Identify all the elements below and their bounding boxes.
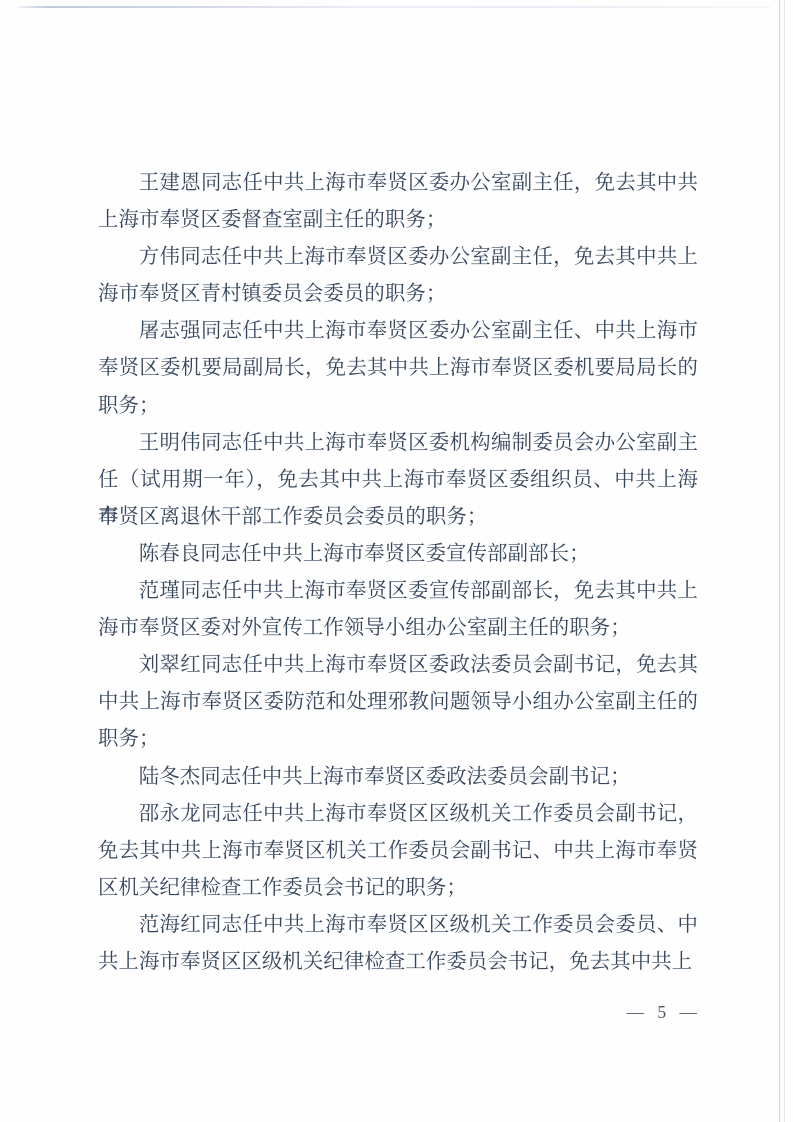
- paragraph: 屠志强同志任中共上海市奉贤区委办公室副主任、中共上海市奉贤区委机要局副局长，免去…: [98, 313, 698, 424]
- text-line: 任（试用期一年），免去其中共上海市奉贤区委组织员、中共上海市: [98, 462, 698, 499]
- text-line: 奉贤区委机要局副局长，免去其中共上海市奉贤区委机要局局长的: [98, 350, 698, 387]
- paragraph: 陈春良同志任中共上海市奉贤区委宣传部副部长；: [98, 536, 698, 573]
- text-line: 刘翠红同志任中共上海市奉贤区委政法委员会副书记，免去其: [98, 647, 698, 684]
- text-line: 邵永龙同志任中共上海市奉贤区区级机关工作委员会副书记，: [98, 796, 698, 833]
- text-line: 海市奉贤区委对外宣传工作领导小组办公室副主任的职务；: [98, 610, 698, 647]
- paragraph: 王建恩同志任中共上海市奉贤区委办公室副主任，免去其中共上海市奉贤区委督查室副主任…: [98, 165, 698, 239]
- document-body: 王建恩同志任中共上海市奉贤区委办公室副主任，免去其中共上海市奉贤区委督查室副主任…: [98, 165, 698, 981]
- scan-artifact-right-edge-line-2: [784, 0, 785, 1122]
- document-page: 王建恩同志任中共上海市奉贤区委办公室副主任，免去其中共上海市奉贤区委督查室副主任…: [0, 0, 793, 1122]
- scan-artifact-top-edge: [18, 6, 770, 8]
- paragraph: 范瑾同志任中共上海市奉贤区委宣传部副部长，免去其中共上海市奉贤区委对外宣传工作领…: [98, 573, 698, 647]
- text-line: 中共上海市奉贤区委防范和处理邪教问题领导小组办公室副主任的: [98, 684, 698, 721]
- text-line: 方伟同志任中共上海市奉贤区委办公室副主任，免去其中共上: [98, 239, 698, 276]
- paragraph: 刘翠红同志任中共上海市奉贤区委政法委员会副书记，免去其中共上海市奉贤区委防范和处…: [98, 647, 698, 758]
- text-line: 范海红同志任中共上海市奉贤区区级机关工作委员会委员、中: [98, 907, 698, 944]
- text-line: 共上海市奉贤区区级机关纪律检查工作委员会书记，免去其中共上: [98, 944, 698, 981]
- text-line: 免去其中共上海市奉贤区机关工作委员会副书记、中共上海市奉贤: [98, 833, 698, 870]
- paragraph: 王明伟同志任中共上海市奉贤区委机构编制委员会办公室副主任（试用期一年），免去其中…: [98, 425, 698, 536]
- text-line: 海市奉贤区青村镇委员会委员的职务；: [98, 276, 698, 313]
- text-line: 职务；: [98, 388, 698, 425]
- text-line: 王建恩同志任中共上海市奉贤区委办公室副主任，免去其中共: [98, 165, 698, 202]
- text-line: 陈春良同志任中共上海市奉贤区委宣传部副部长；: [98, 536, 698, 573]
- text-line: 王明伟同志任中共上海市奉贤区委机构编制委员会办公室副主: [98, 425, 698, 462]
- paragraph: 方伟同志任中共上海市奉贤区委办公室副主任，免去其中共上海市奉贤区青村镇委员会委员…: [98, 239, 698, 313]
- text-line: 奉贤区离退休干部工作委员会委员的职务；: [98, 499, 698, 536]
- text-line: 陆冬杰同志任中共上海市奉贤区委政法委员会副书记；: [98, 759, 698, 796]
- paragraph: 范海红同志任中共上海市奉贤区区级机关工作委员会委员、中共上海市奉贤区区级机关纪律…: [98, 907, 698, 981]
- text-line: 上海市奉贤区委督查室副主任的职务；: [98, 202, 698, 239]
- text-line: 区机关纪律检查工作委员会书记的职务；: [98, 870, 698, 907]
- text-line: 职务；: [98, 721, 698, 758]
- text-line: 范瑾同志任中共上海市奉贤区委宣传部副部长，免去其中共上: [98, 573, 698, 610]
- paragraph: 陆冬杰同志任中共上海市奉贤区委政法委员会副书记；: [98, 759, 698, 796]
- scan-artifact-right-edge-line: [779, 0, 780, 1122]
- text-line: 屠志强同志任中共上海市奉贤区委办公室副主任、中共上海市: [98, 313, 698, 350]
- page-number: — 5 —: [627, 999, 699, 1025]
- paragraph: 邵永龙同志任中共上海市奉贤区区级机关工作委员会副书记，免去其中共上海市奉贤区机关…: [98, 796, 698, 907]
